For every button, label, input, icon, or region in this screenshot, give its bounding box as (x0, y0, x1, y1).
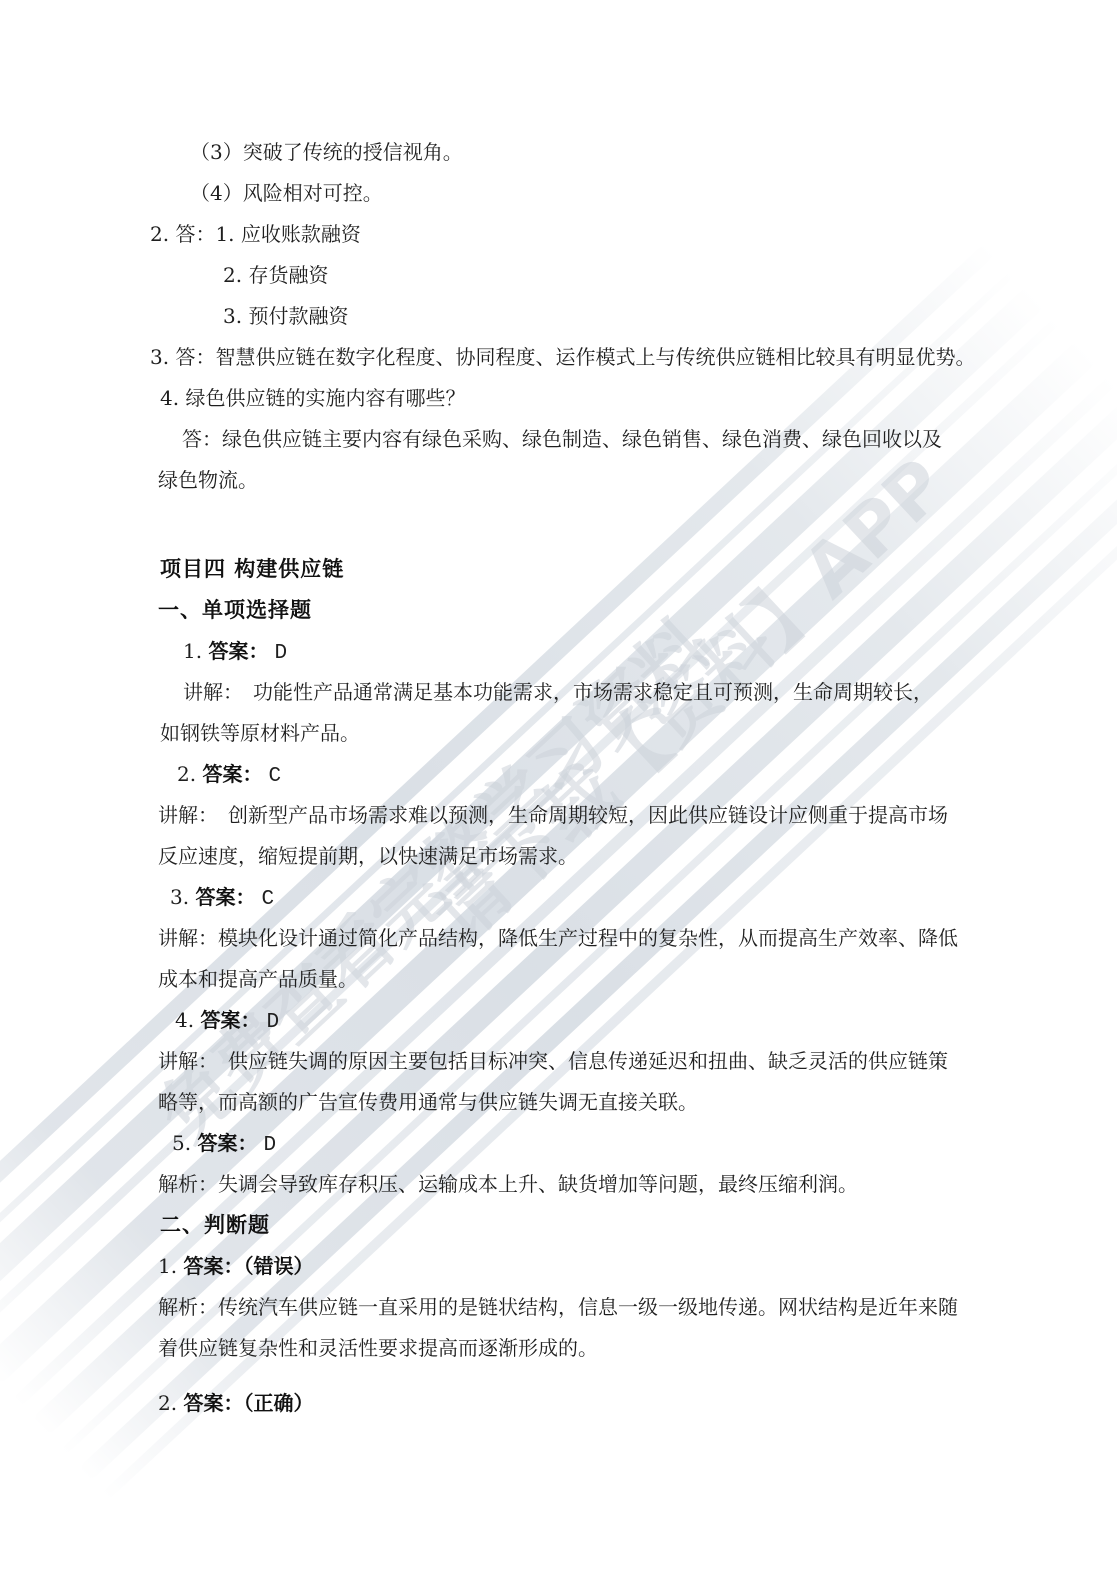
text-segment: 2. 答：1. 应收账款融资 (150, 222, 361, 246)
text-line: 讲解： 创新型产品市场需求难以预测，生命周期较短，因此供应链设计应侧重于提高市场 (150, 795, 1010, 836)
emphasis-text: 项目四 构建供应链 (160, 557, 344, 581)
text-line: 4. 绿色供应链的实施内容有哪些？ (150, 378, 1010, 419)
text-line: 3. 答：智慧供应链在数字化程度、协同程度、运作模式上与传统供应链相比较具有明显… (150, 337, 1010, 378)
text-line: 解析：失调会导致库存积压、运输成本上升、缺货增加等问题，最终压缩利润。 (150, 1164, 1010, 1205)
text-segment: 4. (175, 1008, 200, 1032)
text-line: 绿色物流。 (150, 460, 1010, 501)
text-segment: 3. 答：智慧供应链在数字化程度、协同程度、运作模式上与传统供应链相比较具有明显… (150, 345, 975, 369)
text-segment: 3. 预付款融资 (223, 304, 348, 328)
text-segment: 答：绿色供应链主要内容有绿色采购、绿色制造、绿色销售、绿色消费、绿色回收以及 (182, 427, 942, 451)
text-segment: 2. 存货融资 (223, 263, 328, 287)
text-line: （3）突破了传统的授信视角。 (150, 132, 1010, 173)
text-segment: 3. (170, 885, 195, 909)
text-segment: （3）突破了传统的授信视角。 (190, 140, 463, 164)
text-line: 成本和提高产品质量。 (150, 959, 1010, 1000)
text-line: 讲解： 供应链失调的原因主要包括目标冲突、信息传递延迟和扭曲、缺乏灵活的供应链策 (150, 1041, 1010, 1082)
text-line: 3. 答案：C (150, 877, 1010, 918)
text-line: 2. 答案：（正确） (150, 1383, 1010, 1424)
text-line: 着供应链复杂性和灵活性要求提高而逐渐形成的。 (150, 1328, 1010, 1369)
answer-key-document: （3）突破了传统的授信视角。（4）风险相对可控。2. 答：1. 应收账款融资2.… (150, 132, 1010, 1424)
subsection-title: 二、判断题 (150, 1205, 1010, 1246)
text-segment: 成本和提高产品质量。 (158, 967, 358, 991)
emphasis-text: 答案： (195, 885, 255, 909)
text-line: 讲解： 功能性产品通常满足基本功能需求，市场需求稳定且可预测，生命周期较长， (150, 672, 1010, 713)
answer-letter: D (266, 1011, 279, 1034)
emphasis-text: 答案： (202, 762, 262, 786)
text-line: 反应速度，缩短提前期，以快速满足市场需求。 (150, 836, 1010, 877)
text-segment: 1. (158, 1254, 183, 1278)
text-segment: 2. (177, 762, 202, 786)
text-line: 2. 答案：C (150, 754, 1010, 795)
text-line: （4）风险相对可控。 (150, 173, 1010, 214)
answer-letter: D (274, 642, 287, 665)
text-segment: 解析：失调会导致库存积压、运输成本上升、缺货增加等问题，最终压缩利润。 (158, 1172, 858, 1196)
emphasis-text: 答案： (183, 1254, 243, 1278)
subsection-title: 一、单项选择题 (150, 590, 1010, 631)
text-line: 1. 答案：D (150, 631, 1010, 672)
text-line: 3. 预付款融资 (150, 296, 1010, 337)
text-segment: （4）风险相对可控。 (190, 181, 383, 205)
emphasis-text: 答案： (197, 1131, 257, 1155)
text-segment: 5. (172, 1131, 197, 1155)
emphasis-text: （错误） (243, 1254, 313, 1278)
emphasis-text: 答案： (208, 639, 268, 663)
text-segment: 讲解：模块化设计通过简化产品结构，降低生产过程中的复杂性，从而提高生产效率、降低 (158, 926, 958, 950)
text-line: 2. 答：1. 应收账款融资 (150, 214, 1010, 255)
text-segment: 2. (158, 1391, 183, 1415)
emphasis-text: 二、判断题 (160, 1213, 270, 1237)
text-line: 2. 存货融资 (150, 255, 1010, 296)
text-segment: 绿色物流。 (158, 468, 258, 492)
emphasis-text: （正确） (243, 1391, 313, 1415)
text-segment: 着供应链复杂性和灵活性要求提高而逐渐形成的。 (158, 1336, 598, 1360)
answer-letter: C (261, 888, 274, 911)
answer-letter: C (268, 765, 281, 788)
section-title: 项目四 构建供应链 (150, 549, 1010, 590)
document-page: { "page": { "background": "#ffffff", "te… (0, 0, 1117, 1579)
text-line: 答：绿色供应链主要内容有绿色采购、绿色制造、绿色销售、绿色消费、绿色回收以及 (150, 419, 1010, 460)
emphasis-text: 答案： (200, 1008, 260, 1032)
emphasis-text: 答案： (183, 1391, 243, 1415)
text-segment: 讲解： 供应链失调的原因主要包括目标冲突、信息传递延迟和扭曲、缺乏灵活的供应链策 (158, 1049, 948, 1073)
text-line: 5. 答案：D (150, 1123, 1010, 1164)
text-segment: 如钢铁等原材料产品。 (160, 721, 360, 745)
text-line: 1. 答案：（错误） (150, 1246, 1010, 1287)
emphasis-text: 一、单项选择题 (158, 598, 312, 622)
answer-letter: D (263, 1134, 276, 1157)
text-line: 如钢铁等原材料产品。 (150, 713, 1010, 754)
text-line: 4. 答案：D (150, 1000, 1010, 1041)
text-segment: 1. (183, 639, 208, 663)
text-segment: 解析：传统汽车供应链一直采用的是链状结构，信息一级一级地传递。网状结构是近年来随 (158, 1295, 958, 1319)
text-segment: 反应速度，缩短提前期，以快速满足市场需求。 (158, 844, 578, 868)
text-line: 讲解：模块化设计通过简化产品结构，降低生产过程中的复杂性，从而提高生产效率、降低 (150, 918, 1010, 959)
text-segment: 讲解： 功能性产品通常满足基本功能需求，市场需求稳定且可预测，生命周期较长， (183, 680, 933, 704)
text-line: 解析：传统汽车供应链一直采用的是链状结构，信息一级一级地传递。网状结构是近年来随 (150, 1287, 1010, 1328)
text-line: 略等，而高额的广告宣传费用通常与供应链失调无直接关联。 (150, 1082, 1010, 1123)
text-segment: 4. 绿色供应链的实施内容有哪些？ (160, 386, 465, 410)
text-segment: 讲解： 创新型产品市场需求难以预测，生命周期较短，因此供应链设计应侧重于提高市场 (158, 803, 948, 827)
text-segment: 略等，而高额的广告宣传费用通常与供应链失调无直接关联。 (158, 1090, 698, 1114)
